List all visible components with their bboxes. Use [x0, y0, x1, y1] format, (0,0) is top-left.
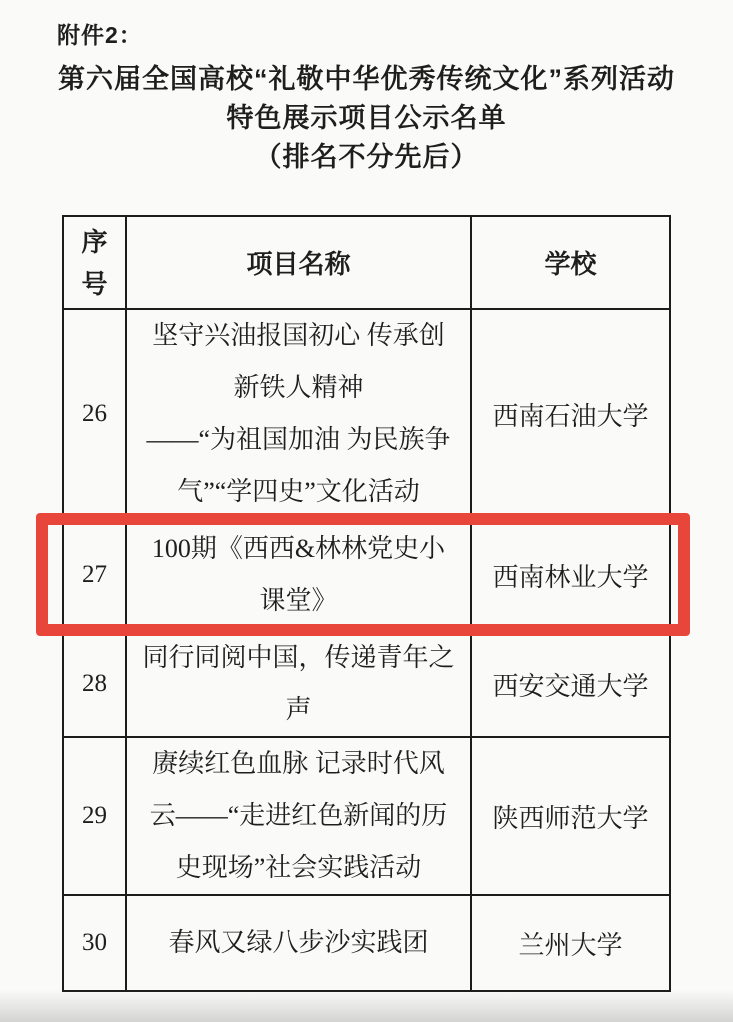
project-line: 云——“走进红色新闻的历	[127, 790, 470, 842]
project-line: 声	[127, 684, 470, 736]
school-cell: 西南林业大学	[471, 519, 670, 631]
project-line: 气”“学四史”文化活动	[127, 466, 470, 518]
table-row: 28 同行同阅中国，传递青年之 声 西安交通大学	[63, 631, 670, 737]
column-header-index-line2: 号	[64, 263, 125, 305]
project-line: 同行同阅中国，传递青年之	[127, 632, 470, 684]
document-title: 第六届全国高校“礼敬中华优秀传统文化”系列活动 特色展示项目公示名单 （排名不分…	[0, 60, 733, 177]
project-name-cell: 100期《西西&林林党史小 课堂》	[126, 519, 471, 631]
row-number: 29	[63, 737, 126, 895]
school-cell: 兰州大学	[471, 895, 670, 991]
column-header-index: 序 号	[63, 216, 126, 309]
table-header-row: 序 号 项目名称 学校	[63, 216, 670, 309]
school-cell: 西安交通大学	[471, 631, 670, 737]
project-line: ——“为祖国加油 为民族争	[127, 414, 470, 466]
school-cell: 西南石油大学	[471, 309, 670, 519]
project-line: 史现场”社会实践活动	[127, 842, 470, 894]
table-row: 29 赓续红色血脉 记录时代风 云——“走进红色新闻的历 史现场”社会实践活动 …	[63, 737, 670, 895]
table-row: 30 春风又绿八步沙实践团 兰州大学	[63, 895, 670, 991]
photo-bottom-vignette	[0, 990, 733, 1022]
column-header-index-line1: 序	[64, 221, 125, 263]
project-line: 坚守兴油报国初心 传承创	[127, 310, 470, 362]
title-line-1: 第六届全国高校“礼敬中华优秀传统文化”系列活动	[0, 60, 733, 99]
attachment-label: 附件2：	[57, 17, 143, 50]
column-header-project: 项目名称	[126, 216, 471, 309]
project-name-cell: 同行同阅中国，传递青年之 声	[126, 631, 471, 737]
row-number: 30	[63, 895, 126, 991]
school-cell: 陕西师范大学	[471, 737, 670, 895]
project-line: 课堂》	[127, 575, 470, 627]
project-name-cell: 春风又绿八步沙实践团	[126, 895, 471, 991]
project-line: 新铁人精神	[127, 362, 470, 414]
project-line: 赓续红色血脉 记录时代风	[127, 738, 470, 790]
row-number: 27	[63, 519, 126, 631]
project-name-cell: 赓续红色血脉 记录时代风 云——“走进红色新闻的历 史现场”社会实践活动	[126, 737, 471, 895]
projects-table: 序 号 项目名称 学校 26 坚守兴油报国初心 传承创 新铁人精神 ——“为祖国…	[62, 215, 671, 992]
title-line-3: （排名不分先后）	[0, 138, 733, 177]
title-line-2: 特色展示项目公示名单	[0, 99, 733, 138]
table-row: 26 坚守兴油报国初心 传承创 新铁人精神 ——“为祖国加油 为民族争 气”“学…	[63, 309, 670, 519]
row-number: 28	[63, 631, 126, 737]
project-line: 100期《西西&林林党史小	[127, 523, 470, 575]
table-row-highlighted: 27 100期《西西&林林党史小 课堂》 西南林业大学	[63, 519, 670, 631]
project-name-cell: 坚守兴油报国初心 传承创 新铁人精神 ——“为祖国加油 为民族争 气”“学四史”…	[126, 309, 471, 519]
project-line: 春风又绿八步沙实践团	[127, 917, 470, 969]
row-number: 26	[63, 309, 126, 519]
document-page: 附件2： 第六届全国高校“礼敬中华优秀传统文化”系列活动 特色展示项目公示名单 …	[0, 0, 733, 1022]
column-header-school: 学校	[471, 216, 670, 309]
